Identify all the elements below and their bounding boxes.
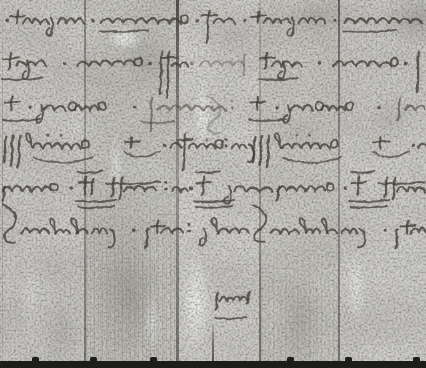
handwriting-ink-layer [0,0,426,368]
band-nub [287,357,294,361]
band-nub [32,357,39,361]
manuscript-scan: Scanned fragment of an aged manuscript p… [0,0,426,368]
handwriting-strokes [2,10,426,319]
band-nub [345,357,352,361]
band-nub [413,357,420,361]
band-nub [90,357,97,361]
band-nub [150,357,157,361]
bottom-dark-band [0,361,426,368]
